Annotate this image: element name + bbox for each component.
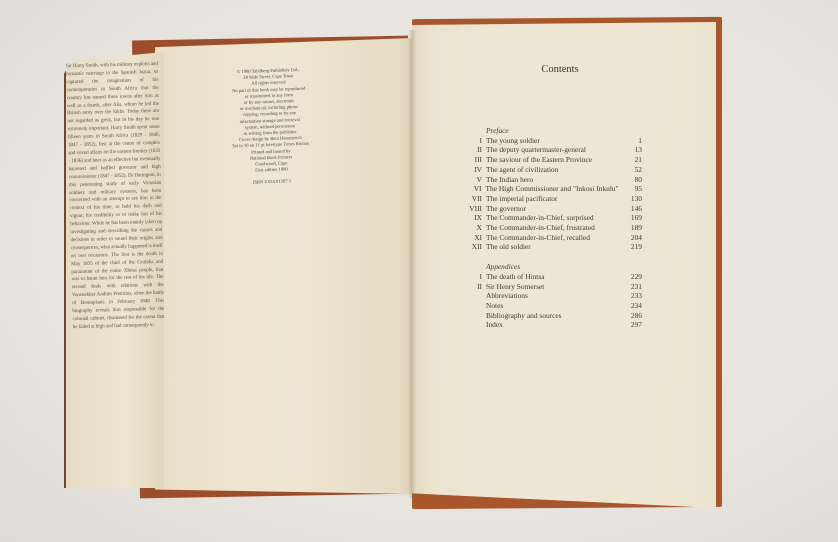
entry-page: 1 <box>618 136 642 146</box>
entry-page: 13 <box>618 145 642 155</box>
entry-number: X <box>462 223 486 233</box>
entry-page: 231 <box>618 282 642 292</box>
entry-title: Sir Henry Somerset <box>486 282 618 292</box>
entry-page: 95 <box>619 184 642 194</box>
entry-number: III <box>462 155 486 165</box>
entry-number <box>462 320 486 330</box>
entry-title: The agent of civilization <box>486 165 618 175</box>
entry-number: VIII <box>462 204 486 214</box>
flap-blurb: Sir Harry Smith, with his military explo… <box>66 61 166 383</box>
entry-number: XI <box>462 233 486 243</box>
entry-title: The deputy quartermaster-general <box>486 145 618 155</box>
toc-entry: IThe young soldier1 <box>462 136 642 146</box>
preface-label: Preface <box>462 126 509 136</box>
entry-title: The young soldier <box>486 136 618 146</box>
toc-entry: IIIThe saviour of the Eastern Province21 <box>462 155 642 165</box>
toc-entry: XIThe Commander-in-Chief, recalled204 <box>462 233 642 243</box>
entry-page: 229 <box>618 272 642 282</box>
entry-page: 297 <box>618 320 642 330</box>
contents-title: Contents <box>530 64 590 75</box>
entry-page: 146 <box>618 204 642 214</box>
toc-entry: VIThe High Commissioner and "Inkosi Inku… <box>462 184 642 194</box>
entry-number: VI <box>462 184 486 194</box>
toc-entry: IVThe agent of civilization52 <box>462 165 642 175</box>
toc-entry: IISir Henry Somerset231 <box>462 282 642 292</box>
entry-title: The imperial pacificator <box>486 194 618 204</box>
entry-number: XII <box>462 242 486 252</box>
toc-entry: Bibliography and sources286 <box>462 311 642 321</box>
entry-number: IV <box>462 165 486 175</box>
toc-appendices-heading: Appendices <box>462 262 642 272</box>
imprint-lines: © 1980 Tafelberg Publishers Ltd.,28 Wale… <box>208 66 332 176</box>
toc-entry: XIIThe old soldier219 <box>462 242 642 252</box>
toc-entry: IXThe Commander-in-Chief, surprised169 <box>462 213 642 223</box>
entry-number <box>462 291 486 301</box>
entry-number: VII <box>462 194 486 204</box>
entry-number: IX <box>462 213 486 223</box>
entry-number <box>462 301 486 311</box>
toc-chapters: IThe young soldier1IIThe deputy quarterm… <box>462 136 642 252</box>
entry-title: The Commander-in-Chief, surprised <box>486 213 618 223</box>
appendices-label: Appendices <box>462 262 520 272</box>
entry-title: The governor <box>486 204 618 214</box>
toc-entry: IThe death of Hintsa229 <box>462 272 642 282</box>
entry-number: II <box>462 282 486 292</box>
entry-page: 189 <box>618 223 642 233</box>
entry-title: The old soldier <box>486 242 618 252</box>
entry-page: 80 <box>618 175 642 185</box>
entry-page: 130 <box>618 194 642 204</box>
imprint-block: © 1980 Tafelberg Publishers Ltd.,28 Wale… <box>208 66 332 188</box>
entry-title: The saviour of the Eastern Province <box>486 155 618 165</box>
entry-number: I <box>462 136 486 146</box>
toc-appendices: IThe death of Hintsa229IISir Henry Somer… <box>462 272 642 330</box>
entry-page: 21 <box>618 155 642 165</box>
toc-entry: Abbreviations233 <box>462 291 642 301</box>
entry-page: 204 <box>618 233 642 243</box>
entry-title: The Commander-in-Chief, frustrated <box>486 223 618 233</box>
entry-page: 169 <box>618 213 642 223</box>
entry-title: Notes <box>486 301 618 311</box>
entry-page: 234 <box>618 301 642 311</box>
toc-entry: Index297 <box>462 320 642 330</box>
entry-title: The Indian hero <box>486 175 618 185</box>
entry-number: V <box>462 175 486 185</box>
toc-entry: VIIIThe governor146 <box>462 204 642 214</box>
table-of-contents: Preface IThe young soldier1IIThe deputy … <box>462 126 642 330</box>
entry-title: The Commander-in-Chief, recalled <box>486 233 618 243</box>
entry-page: 219 <box>618 242 642 252</box>
entry-number: I <box>462 272 486 282</box>
toc-entry: XThe Commander-in-Chief, frustrated189 <box>462 223 642 233</box>
toc-preface: Preface <box>462 126 642 136</box>
toc-entry: IIThe deputy quartermaster-general13 <box>462 145 642 155</box>
entry-page: 233 <box>618 291 642 301</box>
entry-title: The death of Hintsa <box>486 272 618 282</box>
entry-title: Bibliography and sources <box>486 311 618 321</box>
entry-title: Index <box>486 320 618 330</box>
entry-page: 286 <box>618 311 642 321</box>
book-gutter <box>408 30 416 498</box>
entry-page: 52 <box>618 165 642 175</box>
entry-title: Abbreviations <box>486 291 618 301</box>
entry-title: The High Commissioner and "Inkosi Inkulu… <box>486 184 619 194</box>
entry-number <box>462 311 486 321</box>
toc-entry: VThe Indian hero80 <box>462 175 642 185</box>
toc-entry: Notes234 <box>462 301 642 311</box>
toc-entry: VIIThe imperial pacificator130 <box>462 194 642 204</box>
entry-number: II <box>462 145 486 155</box>
